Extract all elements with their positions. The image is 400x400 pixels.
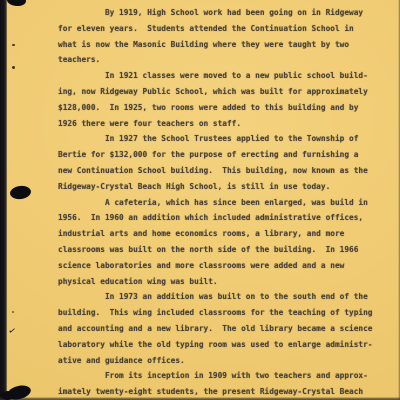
- ink-blot-oval: [9, 185, 31, 200]
- pencil-dot-second: [12, 66, 15, 69]
- scanned-page: By 1919, High School work had been going…: [0, 0, 400, 400]
- check-mark: ✓: [7, 326, 17, 336]
- ink-blot-top: [7, 0, 27, 7]
- typed-page-text: By 1919, High School work had been going…: [58, 5, 373, 400]
- pencil-dot-upper: [12, 44, 15, 47]
- scan-edge-left: [0, 0, 7, 400]
- pencil-dot-lower: [12, 311, 14, 313]
- ink-blot-bottom-toe: [1, 391, 14, 400]
